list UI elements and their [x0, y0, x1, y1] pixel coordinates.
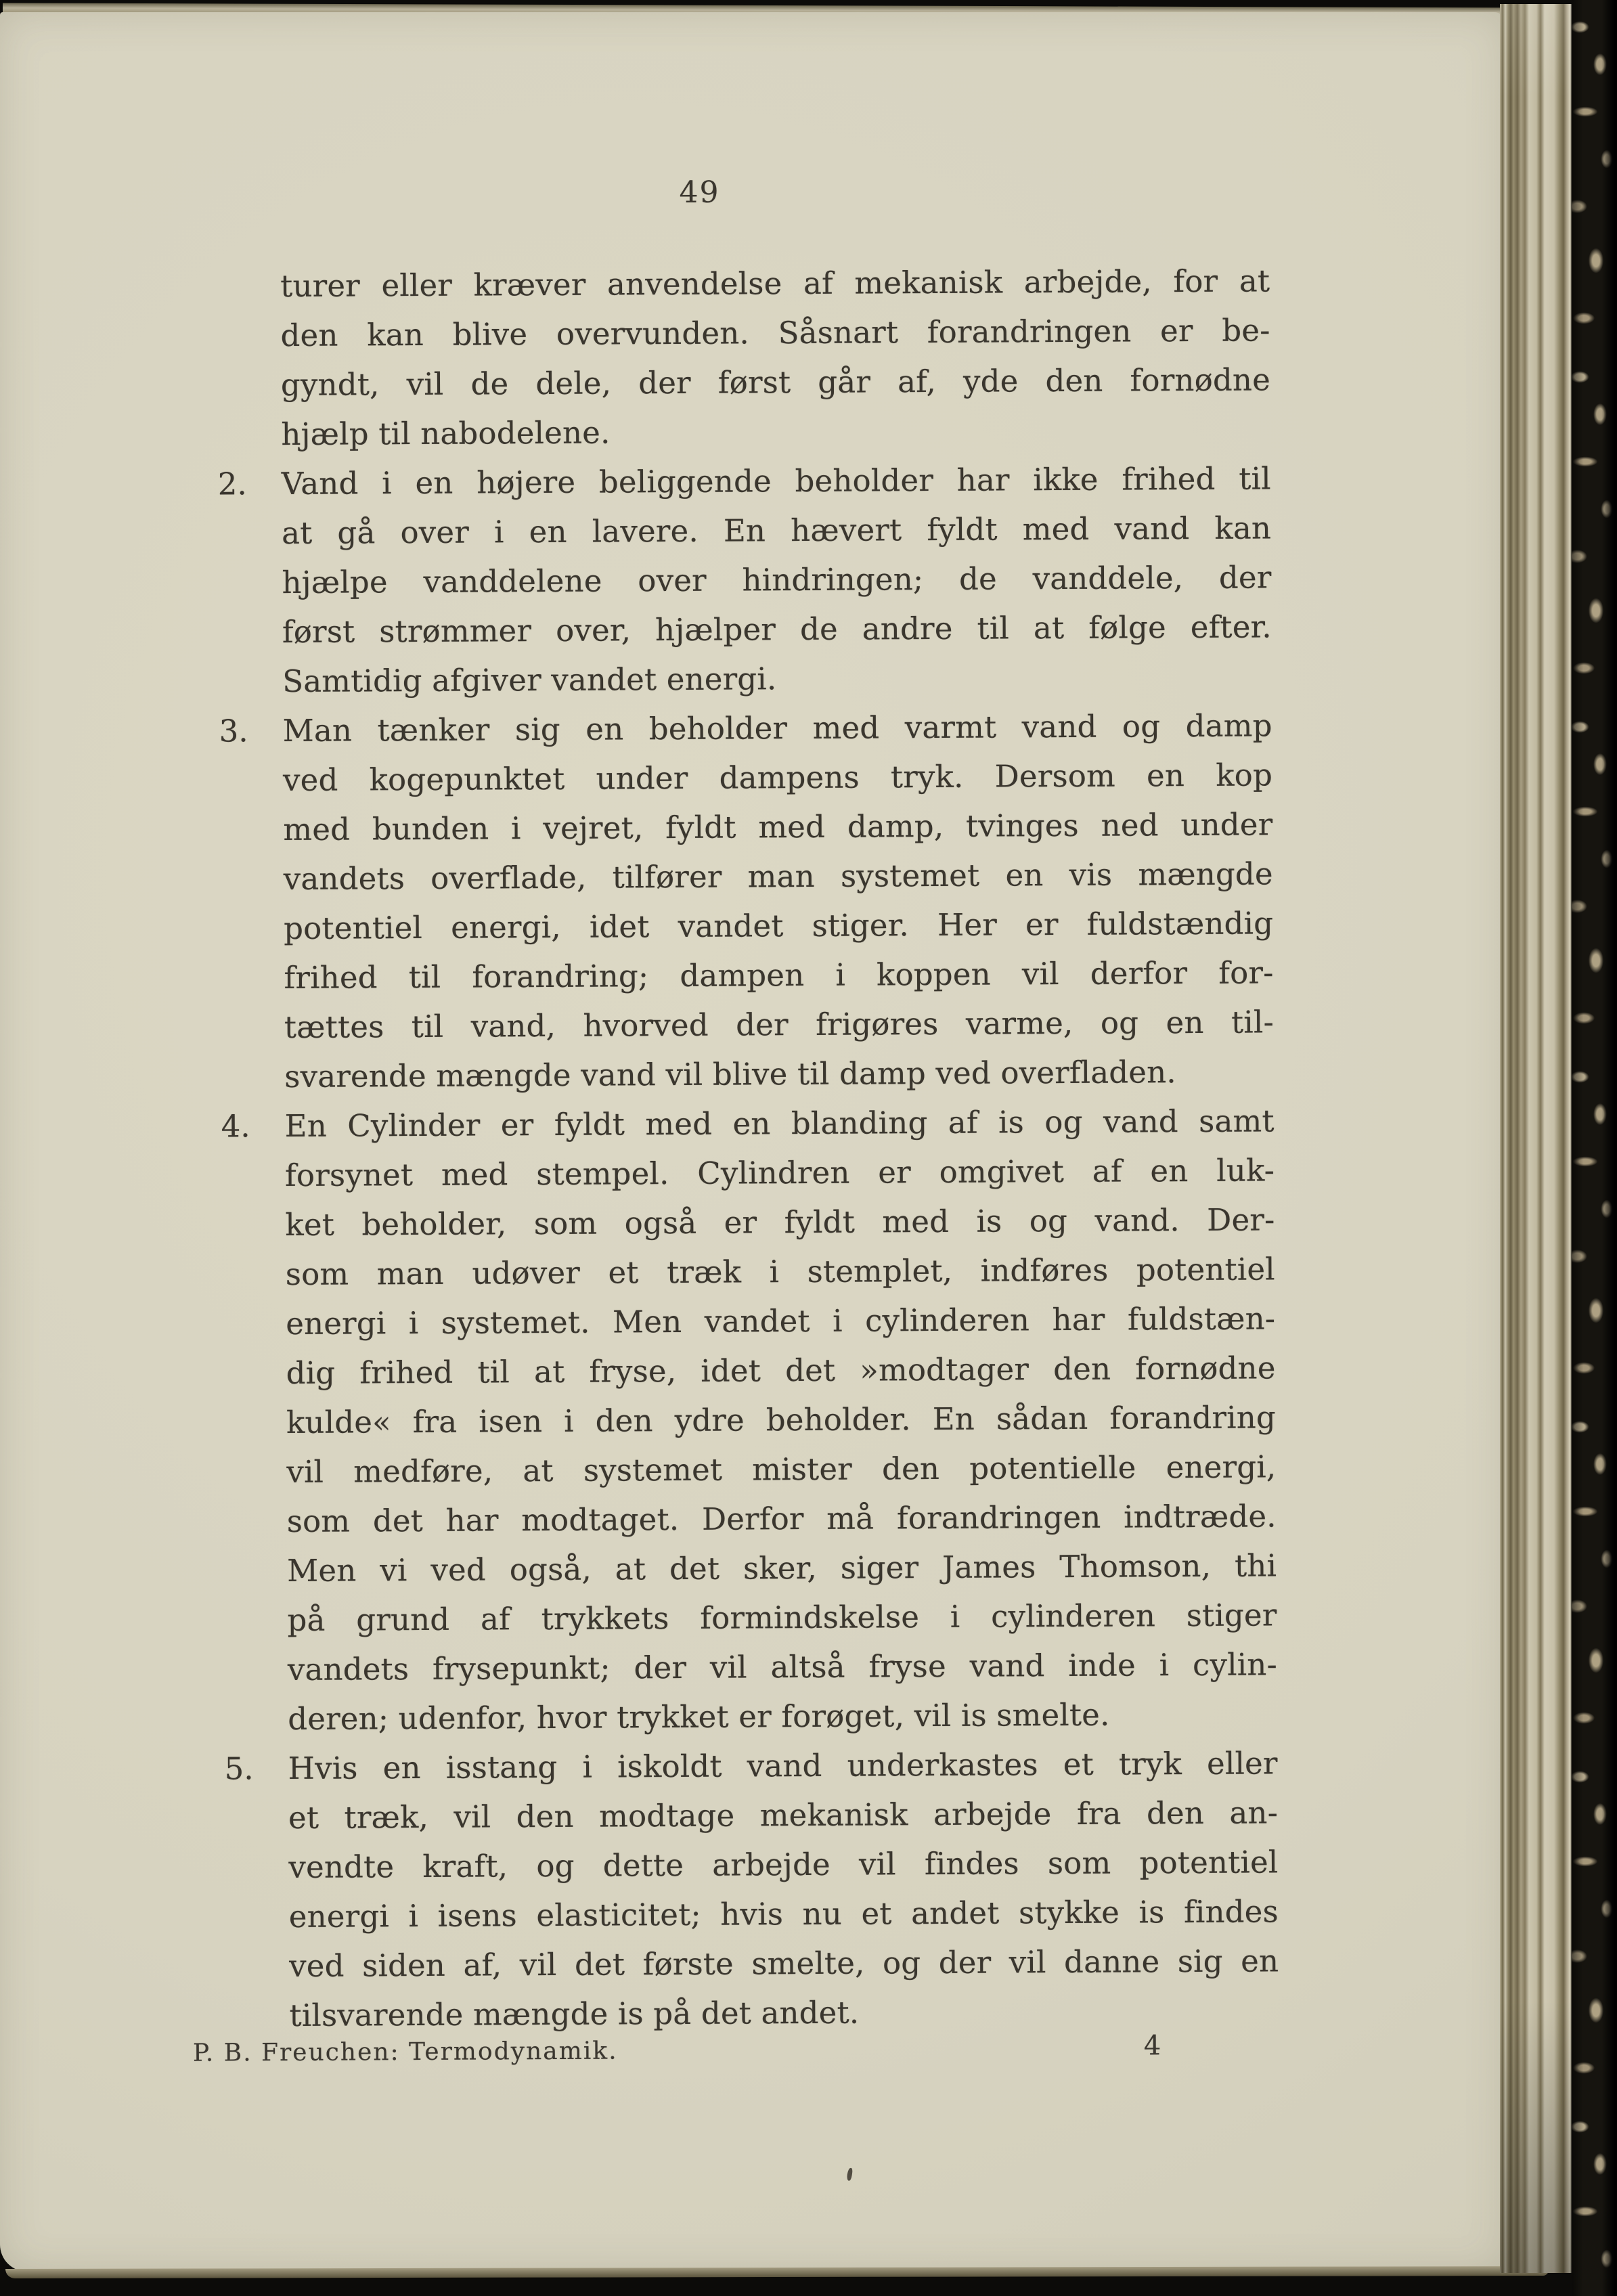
text-line: et træk, vil den modtage mekanisk arbejd…: [288, 1788, 1278, 1842]
ink-speck: [847, 2167, 853, 2181]
text-line: vandets frysepunkt; der vil altså fryse …: [288, 1639, 1277, 1694]
text-line: at gå over i en lavere. En hævert fyldt …: [282, 503, 1271, 558]
text-line: ved siden af, vil det første smelte, og …: [289, 1936, 1279, 1991]
list-marker: 5.: [224, 1744, 253, 1793]
text-line: tilsvarende mængde is på det andet.: [289, 1985, 1279, 2040]
text-line: som det har modtaget. Derfor må forandri…: [287, 1491, 1277, 1546]
list-marker: 2.: [218, 459, 247, 508]
text-block: 5.Hvis en isstang i iskoldt vand underka…: [288, 1738, 1279, 2040]
text-line: frihed til forandring; dampen i koppen v…: [284, 948, 1273, 1002]
text-line: vendte kraft, og dette arbejde vil finde…: [288, 1837, 1278, 1892]
text-line: potentiel energi, idet vandet stiger. He…: [284, 898, 1273, 953]
text-line: den kan blive overvunden. Såsnart forand…: [280, 305, 1270, 360]
printed-content: 49 turer eller kræver anvendelse af meka…: [0, 0, 1617, 2296]
text-line: vandets overflade, tilfører man systemet…: [284, 849, 1273, 904]
signature-mark: 4: [1144, 2030, 1161, 2061]
text-line: først strømmer over, hjælper de andre ti…: [282, 602, 1272, 657]
text-line: svarende mængde vand vil blive til damp …: [284, 1046, 1274, 1101]
text-line: ved kogepunktet under dampens tryk. Ders…: [283, 750, 1272, 805]
text-line: på grund af trykkets formindskelse i cyl…: [287, 1590, 1277, 1645]
text-block: 4.En Cylinder er fyldt med en blanding a…: [285, 1096, 1278, 1744]
text-line: hjælp til nabodelene.: [281, 404, 1270, 459]
text-line: hjælpe vanddelene over hindringen; de va…: [282, 552, 1271, 607]
text-line: Man tænker sig en beholder med varmt van…: [282, 701, 1272, 755]
text-block: 2.Vand i en højere beliggende beholder h…: [282, 454, 1272, 706]
text-line: turer eller kræver anvendelse af mekanis…: [280, 256, 1270, 311]
text-line: Vand i en højere beliggende beholder har…: [282, 454, 1271, 508]
list-marker: 4.: [221, 1101, 250, 1151]
text-line: forsynet med stempel. Cylindren er omgiv…: [285, 1145, 1275, 1200]
text-line: Men vi ved også, at det sker, siger Jame…: [287, 1541, 1277, 1595]
text-block: turer eller kræver anvendelse af mekanis…: [280, 256, 1271, 459]
text-line: dig frihed til at fryse, idet det »modta…: [286, 1343, 1275, 1398]
text-block: 3.Man tænker sig en beholder med varmt v…: [282, 701, 1274, 1101]
text-line: ket beholder, som også er fyldt med is o…: [285, 1195, 1275, 1250]
text-line: som man udøver et træk i stemplet, indfø…: [286, 1244, 1275, 1299]
book-scan: 49 turer eller kræver anvendelse af meka…: [0, 0, 1617, 2296]
text-line: energi i isens elasticitet; hvis nu et a…: [289, 1886, 1279, 1941]
text-line: En Cylinder er fyldt med en blanding af …: [285, 1096, 1275, 1151]
text-line: Samtidig afgiver vandet energi.: [282, 651, 1272, 706]
page-number: 49: [632, 175, 767, 211]
text-line: kulde« fra isen i den ydre beholder. En …: [286, 1392, 1276, 1447]
list-marker: 3.: [219, 706, 248, 755]
body-text: turer eller kræver anvendelse af mekanis…: [280, 256, 1279, 2040]
text-line: med bunden i vejret, fyldt med damp, tvi…: [283, 799, 1272, 854]
text-line: gyndt, vil de dele, der først går af, yd…: [281, 355, 1270, 410]
running-footer: P. B. Freuchen: Termodynamik.: [193, 2037, 618, 2067]
text-line: energi i systemet. Men vandet i cylinder…: [286, 1294, 1275, 1348]
text-line: Hvis en isstang i iskoldt vand underkast…: [288, 1738, 1277, 1793]
text-line: deren; udenfor, hvor trykket er forøget,…: [288, 1689, 1277, 1744]
text-line: tættes til vand, hvorved der frigøres va…: [284, 997, 1274, 1052]
text-line: vil medføre, at systemet mister den pote…: [286, 1442, 1276, 1497]
